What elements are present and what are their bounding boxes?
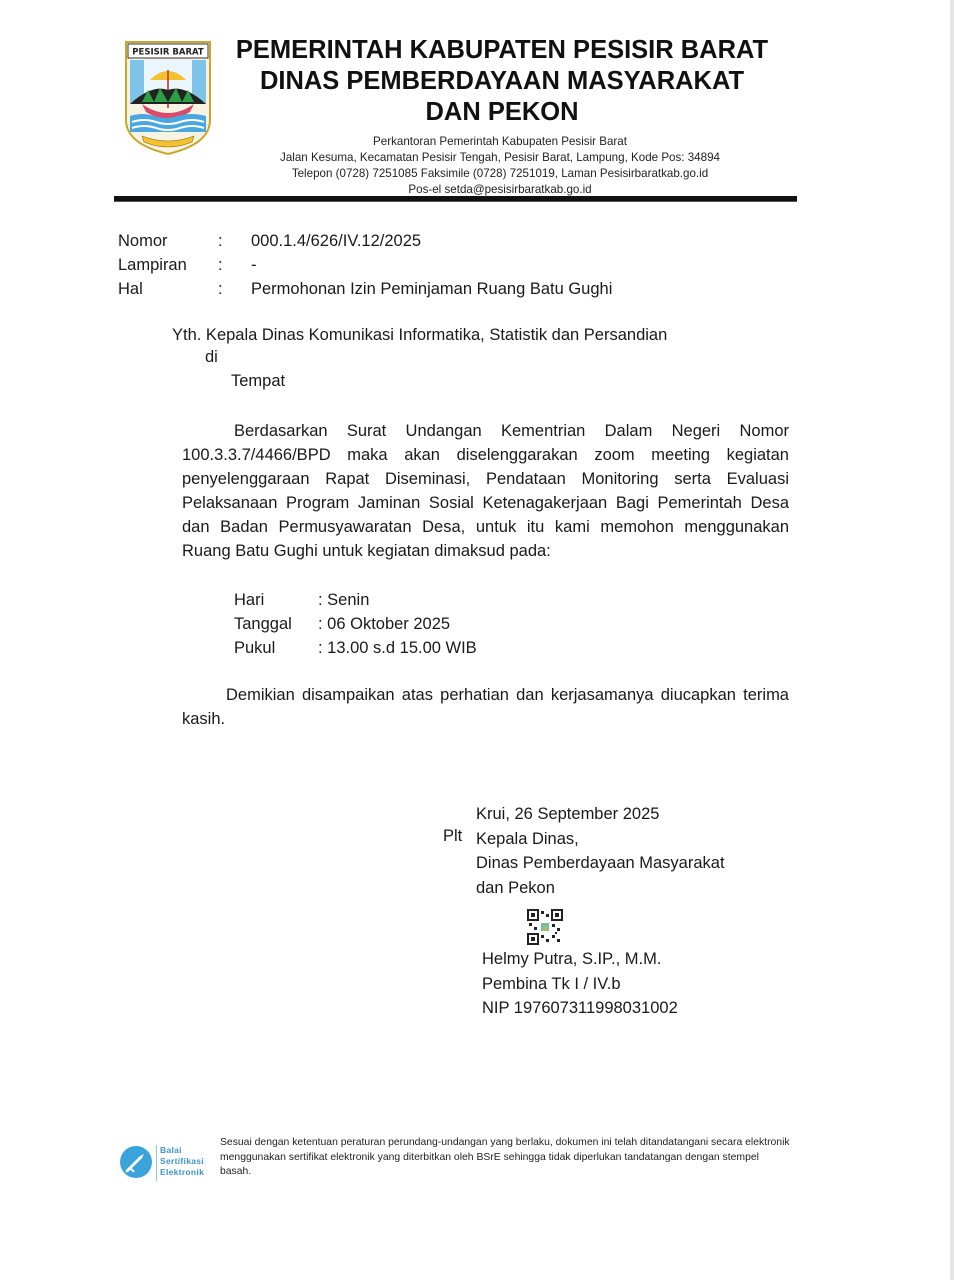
position-line-2: Dinas Pemberdayaan Masyarakat — [476, 851, 725, 876]
title-line-1: PEMERINTAH KABUPATEN PESISIR BARAT — [232, 35, 772, 66]
schedule-value: : 06 Oktober 2025 — [318, 612, 450, 636]
position-line-1: Kepala Dinas, — [476, 827, 725, 852]
svg-text:PESISIR BARAT: PESISIR BARAT — [132, 48, 204, 58]
signer-block: Helmy Putra, S.IP., M.M. Pembina Tk I / … — [482, 947, 678, 1021]
place-date: Krui, 26 September 2025 — [476, 802, 725, 827]
meta-label: Lampiran — [118, 253, 187, 277]
schedule-row-hari: Hari : Senin — [234, 588, 594, 612]
meta-label: Nomor — [118, 229, 168, 253]
schedule-row-tanggal: Tanggal : 06 Oktober 2025 — [234, 612, 594, 636]
bsre-line-3: Elektronik — [160, 1167, 204, 1178]
bsre-text: Balai Sertifikasi Elektronik — [160, 1145, 204, 1178]
letterhead-title: PEMERINTAH KABUPATEN PESISIR BARAT DINAS… — [232, 35, 772, 128]
title-line-2: DINAS PEMBERDAYAAN MASYARAKAT — [232, 66, 772, 97]
recipient-line: Yth. Kepala Dinas Komunikasi Informatika… — [172, 323, 667, 347]
meta-colon: : — [218, 253, 223, 277]
e-signature-note: Sesuai dengan ketentuan peraturan perund… — [220, 1136, 790, 1180]
schedule-value: : 13.00 s.d 15.00 WIB — [318, 636, 477, 660]
bsre-line-2: Sertifikasi — [160, 1156, 204, 1167]
closing-paragraph: Demikian disampaikan atas perhatian dan … — [182, 683, 789, 731]
meta-colon: : — [218, 277, 223, 301]
schedule-label: Tanggal — [234, 612, 292, 636]
recipient-di: di — [205, 348, 218, 367]
signer-nip: NIP 197607311998031002 — [482, 996, 678, 1021]
qr-code-icon — [527, 909, 563, 945]
letterhead-divider — [114, 196, 797, 202]
bsre-pen-icon — [120, 1146, 152, 1178]
bsre-divider — [156, 1145, 157, 1181]
meta-value: Permohonan Izin Peminjaman Ruang Batu Gu… — [251, 277, 612, 301]
schedule-label: Hari — [234, 588, 264, 612]
meta-colon: : — [218, 229, 223, 253]
schedule-row-pukul: Pukul : 13.00 s.d 15.00 WIB — [234, 636, 594, 660]
position-line-3: dan Pekon — [476, 876, 725, 901]
body-paragraph: Berdasarkan Surat Undangan Kementrian Da… — [182, 419, 789, 563]
plt-label: Plt — [443, 827, 462, 846]
schedule: Hari : Senin Tanggal : 06 Oktober 2025 P… — [234, 588, 594, 660]
bsre-line-1: Balai — [160, 1145, 204, 1156]
page-edge — [950, 0, 954, 1280]
recipient-tempat: Tempat — [231, 372, 285, 391]
title-line-3: DAN PEKON — [232, 97, 772, 128]
address-line-1: Perkantoran Pemerintah Kabupaten Pesisir… — [240, 134, 760, 150]
bsre-logo: Balai Sertifikasi Elektronik — [118, 1143, 214, 1183]
meta-label: Hal — [118, 277, 143, 301]
signature-header: Krui, 26 September 2025 Kepala Dinas, Di… — [476, 802, 725, 900]
signer-name: Helmy Putra, S.IP., M.M. — [482, 947, 678, 972]
address-line-2: Jalan Kesuma, Kecamatan Pesisir Tengah, … — [240, 150, 760, 166]
letterhead-address: Perkantoran Pemerintah Kabupaten Pesisir… — [240, 134, 760, 198]
signer-rank: Pembina Tk I / IV.b — [482, 972, 678, 997]
pesisir-barat-logo: PESISIR BARAT — [122, 40, 214, 156]
meta-value: - — [251, 253, 257, 277]
meta-value: 000.1.4/626/IV.12/2025 — [251, 229, 421, 253]
schedule-value: : Senin — [318, 588, 369, 612]
schedule-label: Pukul — [234, 636, 275, 660]
address-line-3: Telepon (0728) 7251085 Faksimile (0728) … — [240, 166, 760, 182]
